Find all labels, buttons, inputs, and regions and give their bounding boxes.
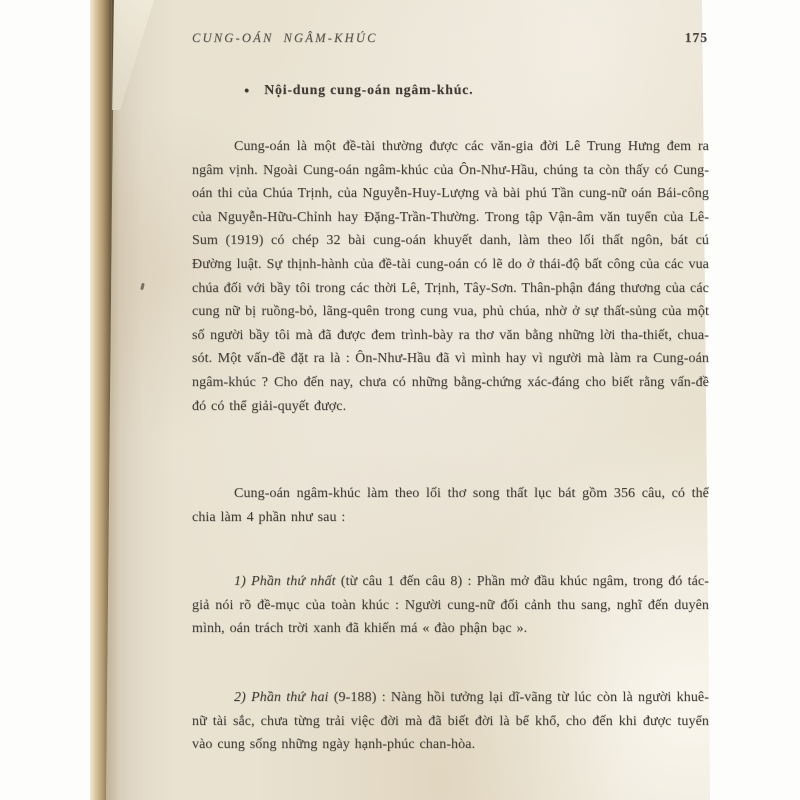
- page-text-layer: CUNG-OÁNNGÂM-KHÚC 175 ●Nội-dung cung-oán…: [106, 0, 712, 800]
- page-header-row: CUNG-OÁNNGÂM-KHÚC 175: [192, 30, 708, 46]
- bullet-icon: ●: [244, 85, 250, 95]
- running-header-left: CUNG-OÁN: [192, 31, 274, 45]
- section-heading-title: Nội-dung cung-oán ngâm-khúc.: [264, 82, 473, 97]
- paragraph-part-one: 1) Phần thứ nhất (từ câu 1 đến câu 8) : …: [192, 570, 709, 641]
- paragraph-part-two: 2) Phần thứ hai (9-188) : Nàng hồi tưởng…: [192, 686, 709, 757]
- section-heading: ●Nội-dung cung-oán ngâm-khúc.: [244, 82, 473, 98]
- paragraph-intro: Cung-oán là một đề-tài thường được các v…: [192, 135, 709, 418]
- part-one-label: 1) Phần thứ nhất: [234, 574, 336, 589]
- running-header-right: NGÂM-KHÚC: [284, 31, 378, 45]
- part-two-label: 2) Phần thứ hai: [234, 690, 329, 705]
- book-page-photo: CUNG-OÁNNGÂM-KHÚC 175 ●Nội-dung cung-oán…: [0, 0, 800, 800]
- paragraph-structure: Cung-oán ngâm-khúc làm theo lối thơ song…: [192, 482, 709, 529]
- page-number: 175: [685, 30, 708, 46]
- running-header: CUNG-OÁNNGÂM-KHÚC: [192, 31, 378, 46]
